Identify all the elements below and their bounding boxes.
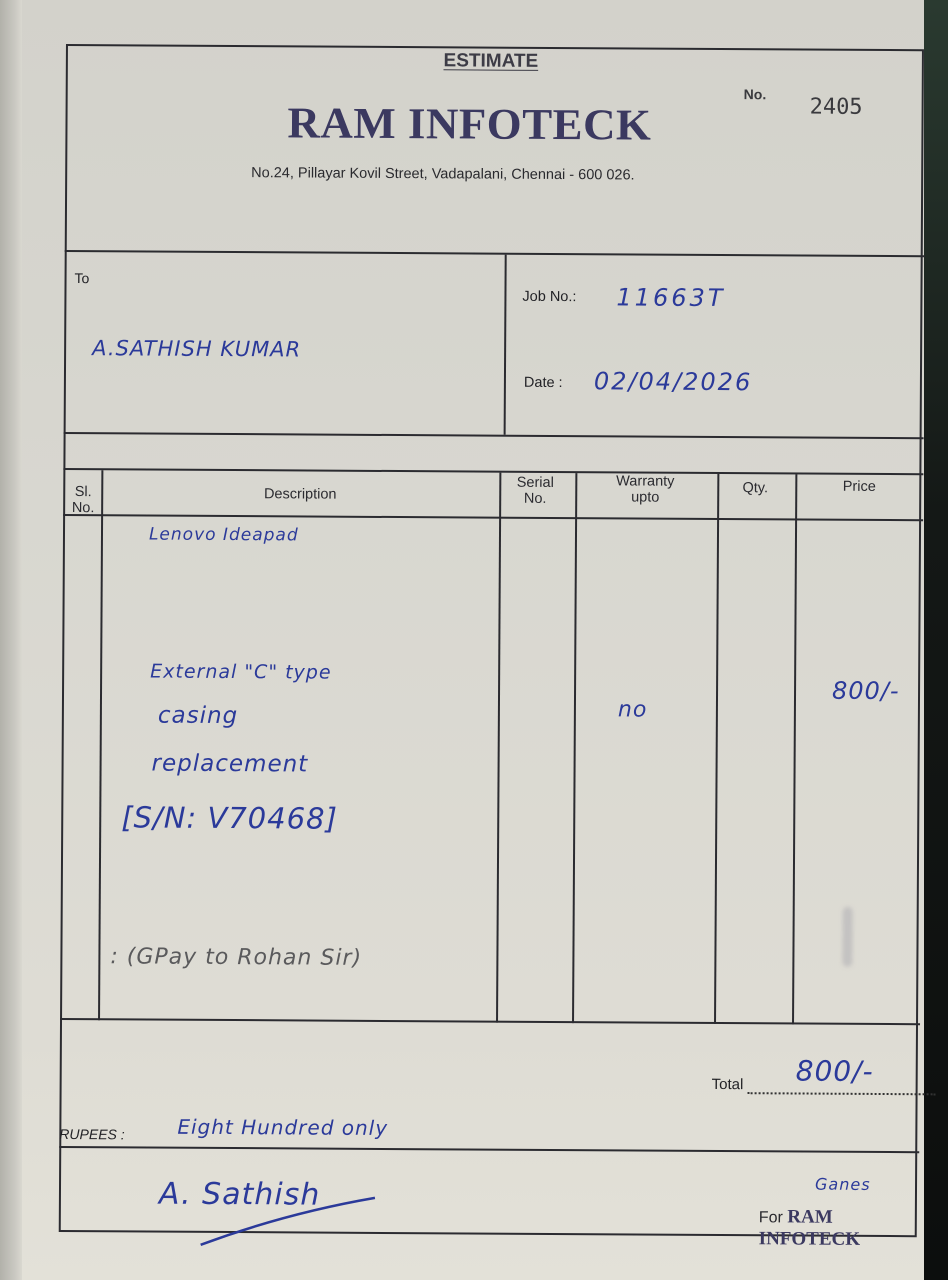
col-header-sl-no: Sl. No. <box>65 484 101 516</box>
shop-signature: Ganes <box>815 1175 871 1194</box>
warranty-value: no <box>618 697 648 722</box>
signature-underline <box>199 1193 379 1254</box>
description-line-3: casing <box>158 703 238 729</box>
description-line-1: Lenovo Ideapad <box>149 525 299 546</box>
price-value: 800/- <box>832 677 900 705</box>
ink-smudge <box>842 907 852 967</box>
col-header-description: Description <box>103 485 497 503</box>
total-value: 800/- <box>796 1054 874 1087</box>
col-header-serial-no: Serial No. <box>499 475 571 507</box>
description-line-2: External "C" type <box>150 661 332 684</box>
col-header-warranty: Warranty upto <box>575 473 715 506</box>
to-label: To <box>75 270 90 286</box>
customer-name: A.SATHISH KUMAR <box>92 336 301 361</box>
for-company-line: For RAM INFOTECK <box>759 1206 931 1251</box>
company-name: RAM INFOTECK <box>287 97 651 150</box>
description-line-5: [S/N: V70468] <box>121 800 338 835</box>
estimate-number-label: No. <box>744 86 767 102</box>
document-title: ESTIMATE <box>426 50 556 73</box>
total-label: Total <box>712 1076 744 1093</box>
date-label: Date : <box>524 375 563 391</box>
job-no-label: Job No.: <box>522 289 576 305</box>
for-label: For <box>759 1209 783 1226</box>
payment-note: : (GPay to Rohan Sir) <box>110 944 362 971</box>
col-header-price: Price <box>795 478 923 495</box>
rupees-label: RUPEES : <box>59 1126 124 1142</box>
background-left-fold <box>0 0 24 1280</box>
job-number: 11663T <box>616 283 725 312</box>
company-address: No.24, Pillayar Kovil Street, Vadapalani… <box>251 165 635 183</box>
col-header-qty: Qty. <box>719 480 791 496</box>
estimate-form: ESTIMATE No. 2405 RAM INFOTECK No.24, Pi… <box>59 42 938 1242</box>
description-line-4: replacement <box>152 751 309 778</box>
job-date: 02/04/2026 <box>594 367 752 396</box>
estimate-paper: ESTIMATE No. 2405 RAM INFOTECK No.24, Pi… <box>22 0 924 1280</box>
estimate-number: 2405 <box>810 95 863 120</box>
rupees-in-words: Eight Hundred only <box>177 1115 388 1140</box>
